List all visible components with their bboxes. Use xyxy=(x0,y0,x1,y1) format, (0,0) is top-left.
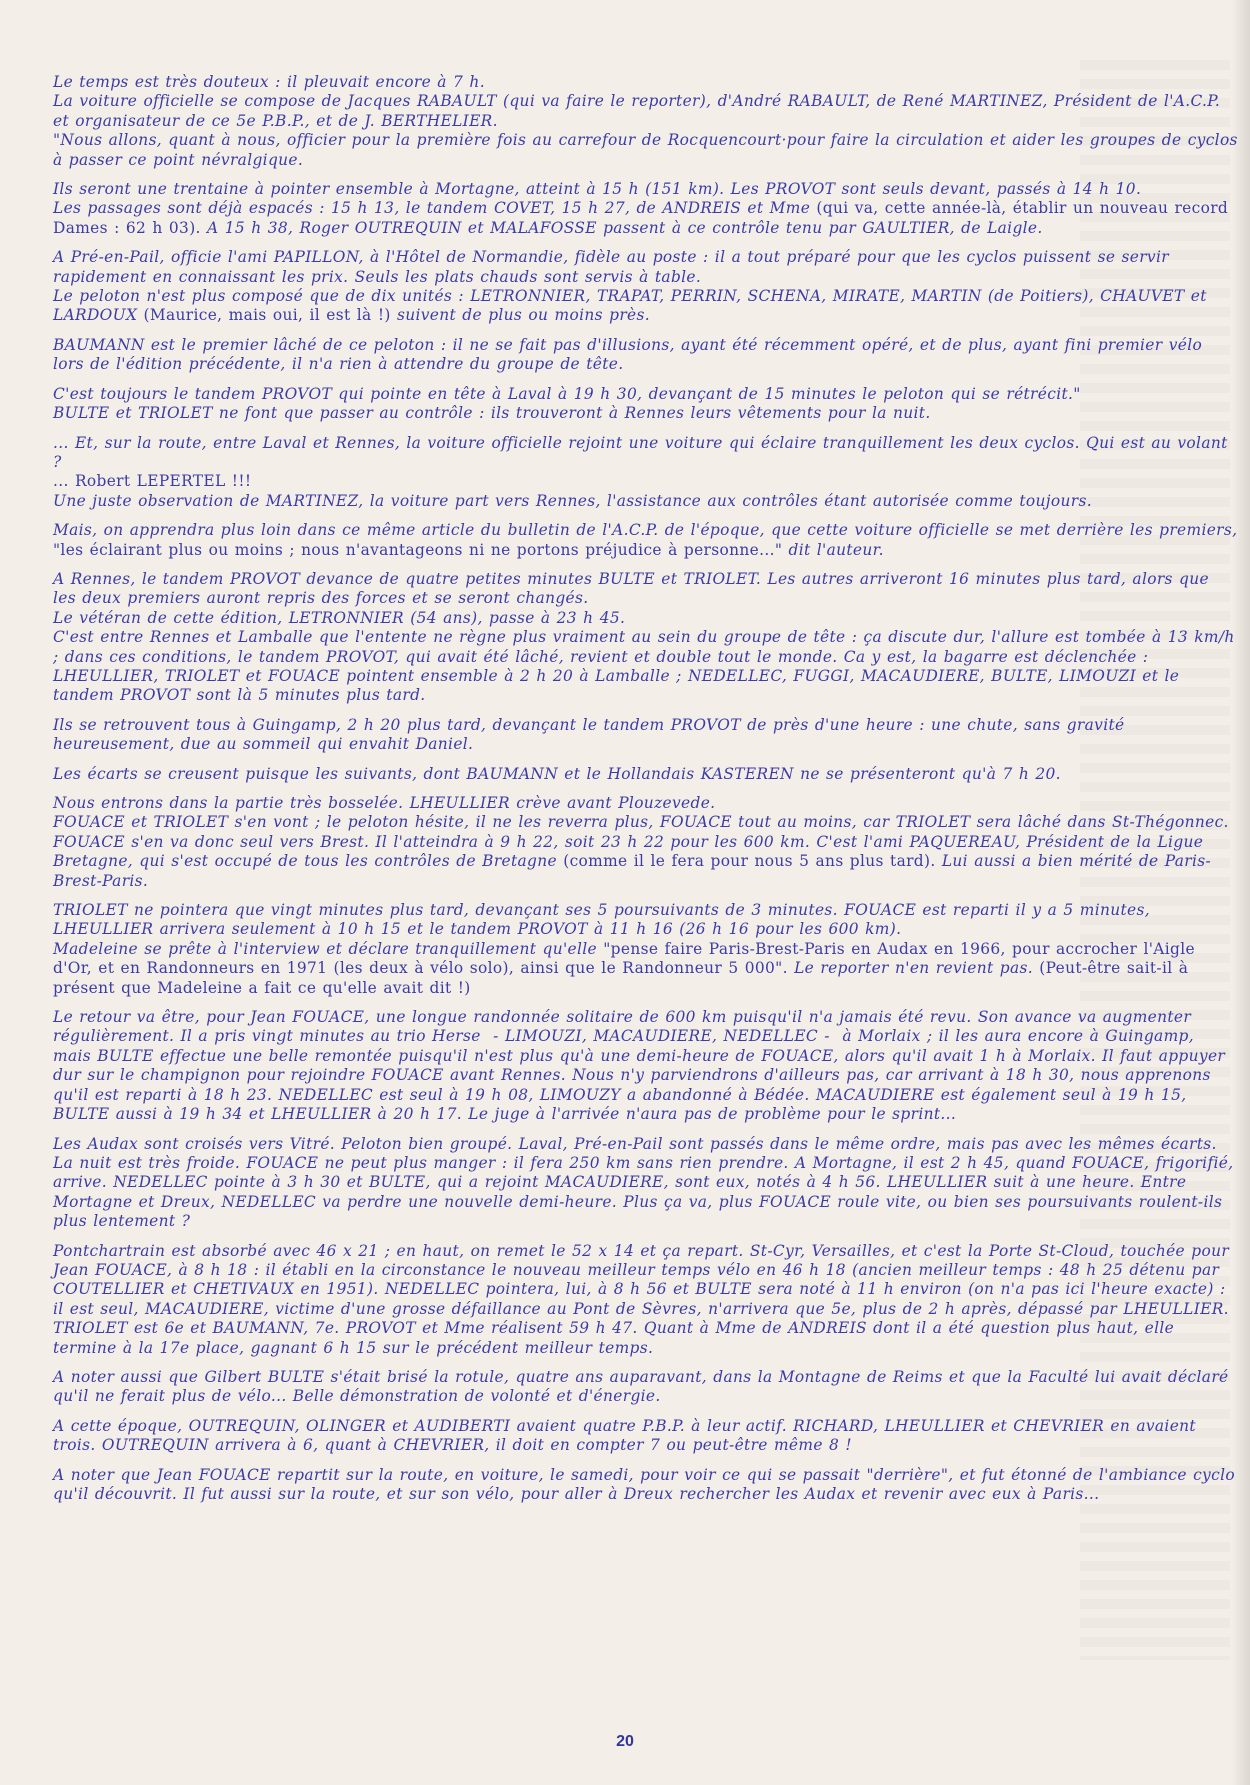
italic-text: BULTE et TRIOLET ne font que passer au c… xyxy=(53,404,931,422)
roman-text: (Maurice, mais oui, il est là !) xyxy=(144,306,391,324)
paragraph: C'est toujours le tandem PROVOT qui poin… xyxy=(53,385,1238,404)
paragraph: Le retour va être, pour Jean FOUACE, une… xyxy=(53,1008,1238,1124)
paragraph: BULTE et TRIOLET ne font que passer au c… xyxy=(53,404,1238,423)
paragraph: A Pré-en-Pail, officie l'ami PAPILLON, à… xyxy=(53,248,1238,287)
paragraph: Une juste observation de MARTINEZ, la vo… xyxy=(53,492,1238,511)
paragraph: Les Audax sont croisés vers Vitré. Pelot… xyxy=(53,1135,1238,1232)
italic-text: Le vétéran de cette édition, LETRONNIER … xyxy=(53,609,625,627)
paragraph: Les passages sont déjà espacés : 15 h 13… xyxy=(53,199,1238,238)
paragraph: Ils seront une trentaine à pointer ensem… xyxy=(53,180,1238,199)
italic-text: Mais, on apprendra plus loin dans ce mêm… xyxy=(53,521,1244,539)
paragraph: Mais, on apprendra plus loin dans ce mêm… xyxy=(53,521,1238,560)
paragraph: La voiture officielle se compose de Jacq… xyxy=(53,92,1238,131)
article-body: Le temps est très douteux : il pleuvait … xyxy=(53,73,1238,1514)
italic-text: A cette époque, OUTREQUIN, OLINGER et AU… xyxy=(53,1417,1202,1454)
paragraph: Nous entrons dans la partie très bosselé… xyxy=(53,794,1238,813)
paragraph: A noter aussi que Gilbert BULTE s'était … xyxy=(53,1368,1238,1407)
paragraph: A noter que Jean FOUACE repartit sur la … xyxy=(53,1466,1238,1505)
paragraph: Pontchartrain est absorbé avec 46 x 21 ;… xyxy=(53,1242,1238,1358)
italic-text: suivent de plus ou moins près. xyxy=(391,306,650,324)
italic-text: La voiture officielle se compose de Jacq… xyxy=(53,92,1226,129)
italic-text: Une juste observation de MARTINEZ, la vo… xyxy=(53,492,1092,510)
paragraph: Le peloton n'est plus composé que de dix… xyxy=(53,287,1238,326)
italic-text: C'est entre Rennes et Lamballe que l'ent… xyxy=(53,628,1241,704)
italic-text: Madeleine se prête à l'interview et décl… xyxy=(53,940,603,958)
italic-text: A noter aussi que Gilbert BULTE s'était … xyxy=(53,1368,1235,1405)
roman-text: (comme il le fera pour nous 5 ans plus t… xyxy=(563,852,935,870)
italic-text: Le retour va être, pour Jean FOUACE, une… xyxy=(53,1008,1231,1123)
italic-text: BAUMANN est le premier lâché de ce pelot… xyxy=(53,336,1208,373)
italic-text: "Nous allons, quant à nous, officier pou… xyxy=(53,131,1244,168)
italic-text: A noter que Jean FOUACE repartit sur la … xyxy=(53,1466,1241,1503)
italic-text: TRIOLET ne pointera que vingt minutes pl… xyxy=(53,901,1156,938)
paragraph: A Rennes, le tandem PROVOT devance de qu… xyxy=(53,570,1238,609)
italic-text: A 15 h 38, Roger OUTREQUIN et MALAFOSSE … xyxy=(201,219,1043,237)
italic-text: Ils seront une trentaine à pointer ensem… xyxy=(53,180,1141,198)
page-number: 20 xyxy=(0,1733,1250,1751)
paragraph: Le vétéran de cette édition, LETRONNIER … xyxy=(53,609,1238,628)
paragraph: C'est entre Rennes et Lamballe que l'ent… xyxy=(53,628,1238,706)
italic-text: A Pré-en-Pail, officie l'ami PAPILLON, à… xyxy=(53,248,1175,285)
roman-text: ... Robert LEPERTEL !!! xyxy=(53,472,251,490)
italic-text: Le temps est très douteux : il pleuvait … xyxy=(53,73,485,91)
italic-text: C'est toujours le tandem PROVOT qui poin… xyxy=(53,385,1081,403)
roman-text: "les éclairant plus ou moins ; nous n'av… xyxy=(53,541,782,559)
italic-text: Le reporter n'en revient pas. xyxy=(788,959,1033,977)
italic-text: Les passages sont déjà espacés : 15 h 13… xyxy=(53,199,816,217)
paragraph: "Nous allons, quant à nous, officier pou… xyxy=(53,131,1238,170)
italic-text: Les Audax sont croisés vers Vitré. Pelot… xyxy=(53,1135,1240,1231)
italic-text: Nous entrons dans la partie très bosselé… xyxy=(53,794,715,812)
paragraph: ... Robert LEPERTEL !!! xyxy=(53,472,1238,491)
paragraph: BAUMANN est le premier lâché de ce pelot… xyxy=(53,336,1238,375)
paragraph: Ils se retrouvent tous à Guingamp, 2 h 2… xyxy=(53,716,1238,755)
paragraph: FOUACE et TRIOLET s'en vont ; le peloton… xyxy=(53,813,1238,891)
italic-text: Les écarts se creusent puisque les suiva… xyxy=(53,765,1061,783)
italic-text: dit l'auteur. xyxy=(782,541,884,559)
paragraph: A cette époque, OUTREQUIN, OLINGER et AU… xyxy=(53,1417,1238,1456)
paragraph: Madeleine se prête à l'interview et décl… xyxy=(53,940,1238,998)
paragraph: Le temps est très douteux : il pleuvait … xyxy=(53,73,1238,92)
italic-text: A Rennes, le tandem PROVOT devance de qu… xyxy=(53,570,1215,607)
italic-text: Pontchartrain est absorbé avec 46 x 21 ;… xyxy=(53,1242,1235,1357)
paragraph: Les écarts se creusent puisque les suiva… xyxy=(53,765,1238,784)
italic-text: ... Et, sur la route, entre Laval et Ren… xyxy=(53,434,1234,471)
paragraph: ... Et, sur la route, entre Laval et Ren… xyxy=(53,434,1238,473)
paragraph: TRIOLET ne pointera que vingt minutes pl… xyxy=(53,901,1238,940)
italic-text: Ils se retrouvent tous à Guingamp, 2 h 2… xyxy=(53,716,1131,753)
